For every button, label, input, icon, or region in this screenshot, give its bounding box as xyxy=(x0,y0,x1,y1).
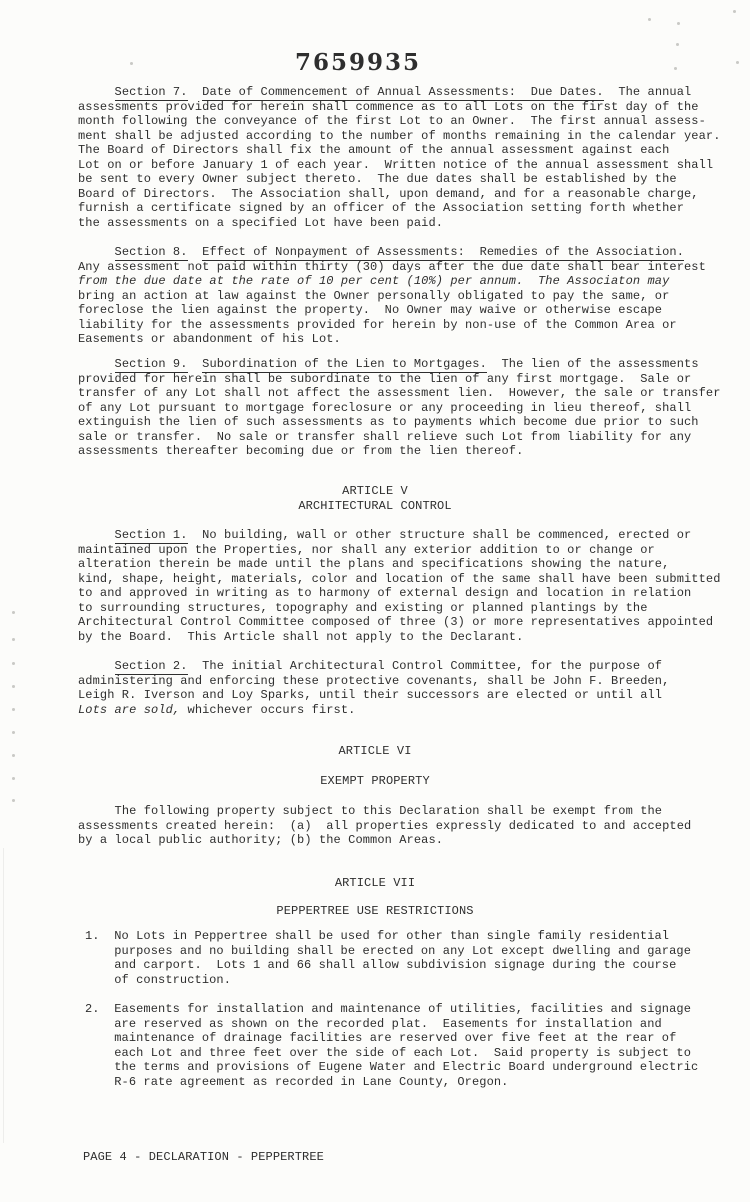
scan-speckle xyxy=(12,754,15,757)
section-9-paragraph: Section 9. Subordination of the Lien to … xyxy=(78,357,738,459)
underlined-text: Section 2. xyxy=(115,659,188,675)
text-run xyxy=(78,85,115,99)
exempt-property-paragraph: The following property subject to this D… xyxy=(78,804,738,848)
stamp-number: 7659935 xyxy=(0,50,716,76)
text-run xyxy=(188,357,203,371)
text-run: 2. Easements for installation and mainte… xyxy=(85,1002,698,1089)
underlined-text: Section 8. xyxy=(115,245,188,261)
scan-speckle xyxy=(12,731,15,734)
scan-speckle xyxy=(12,708,15,711)
text-run: The lien of the assessments provided for… xyxy=(78,357,721,458)
heading-architectural-control: ARCHITECTURAL CONTROL xyxy=(0,499,750,514)
use-restriction-item-2: 2. Easements for installation and mainte… xyxy=(85,1002,735,1089)
underlined-text: Effect of Nonpayment of Assessments: Rem… xyxy=(202,245,684,261)
scan-speckle xyxy=(12,638,15,641)
scan-speckle xyxy=(12,662,15,665)
underlined-text: Section 1. xyxy=(115,528,188,544)
heading-article-vi: ARTICLE VI xyxy=(0,744,750,759)
underlined-text: Section 9. xyxy=(115,357,188,373)
italic-text: from the due date at the rate of 10 per … xyxy=(78,274,669,288)
heading-peppertree-use-restrictions: PEPPERTREE USE RESTRICTIONS xyxy=(0,904,750,919)
underlined-text: Date of Commencement of Annual Assessmen… xyxy=(202,85,604,101)
scan-speckle xyxy=(12,799,15,802)
section-7-paragraph: Section 7. Date of Commencement of Annua… xyxy=(78,85,738,230)
text-run xyxy=(78,659,115,673)
scan-speckle xyxy=(130,62,133,65)
scan-speckle xyxy=(12,777,15,780)
text-run: No building, wall or other structure sha… xyxy=(78,528,721,644)
underlined-text: Section 7. xyxy=(115,85,188,101)
section-1-paragraph: Section 1. No building, wall or other st… xyxy=(78,528,738,644)
heading-article-v: ARTICLE V xyxy=(0,484,750,499)
scan-speckle xyxy=(674,67,677,70)
text-run xyxy=(78,357,115,371)
document-page: 7659935 Section 7. Date of Commencement … xyxy=(0,0,750,1202)
scan-speckle xyxy=(676,43,679,46)
scan-speckle xyxy=(12,611,15,614)
page-footer: PAGE 4 - DECLARATION - PEPPERTREE xyxy=(83,1150,324,1165)
scan-line-artifact xyxy=(3,848,4,1143)
heading-exempt-property: EXEMPT PROPERTY xyxy=(0,774,750,789)
text-run xyxy=(78,245,115,259)
text-run: The following property subject to this D… xyxy=(78,804,691,847)
section-8-paragraph: Section 8. Effect of Nonpayment of Asses… xyxy=(78,245,738,347)
scan-speckle xyxy=(733,10,736,13)
section-2-paragraph: Section 2. The initial Architectural Con… xyxy=(78,659,738,717)
scan-speckle xyxy=(648,18,651,21)
text-run: 1. No Lots in Peppertree shall be used f… xyxy=(85,929,691,987)
text-run: bring an action at law against the Owner… xyxy=(78,289,677,347)
text-run: whichever occurs first. xyxy=(180,703,355,717)
text-run: The annual assessments provided for here… xyxy=(78,85,721,230)
italic-text: Lots are sold, xyxy=(78,703,180,717)
use-restriction-item-1: 1. No Lots in Peppertree shall be used f… xyxy=(85,929,735,987)
text-run xyxy=(188,85,203,99)
text-run: Any assessment not paid within thirty (3… xyxy=(78,260,706,274)
scan-speckle xyxy=(736,61,739,64)
heading-article-vii: ARTICLE VII xyxy=(0,876,750,891)
scan-speckle xyxy=(12,685,15,688)
text-run xyxy=(78,528,115,542)
scan-speckle xyxy=(677,22,680,25)
text-run xyxy=(188,245,203,259)
underlined-text: Subordination of the Lien to Mortgages. xyxy=(202,357,487,373)
